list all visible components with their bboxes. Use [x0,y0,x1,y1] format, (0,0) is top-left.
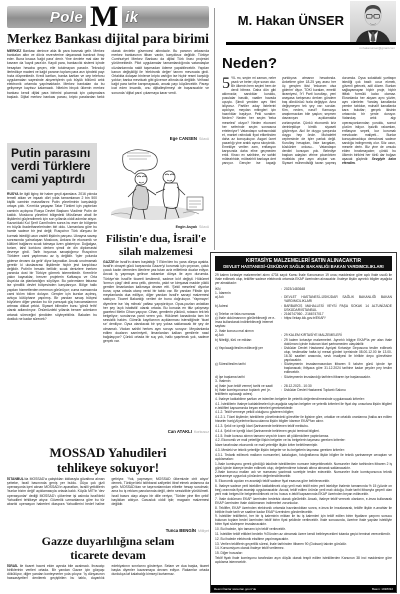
tender-row: b) Adresi : BARBAROS MAHALLESİ VEYSİ PAŞ… [215,304,392,312]
cartoon-credit-name: Engin Asyalı [176,225,197,229]
tender-row-label: b) Adresi [215,304,279,312]
tender-clause: 11. İstekliler teklif ettikleri bedelin … [215,532,392,536]
headline-mossad: MOSSAD Yahudileri tehlikeye sokuyor! [7,446,209,475]
tender-header: KIRTASİYE MALZEMELERİ SATIN ALINACAKTIR … [215,256,392,271]
author-rule [226,42,396,45]
tender-clause: 4.1.4. Şekli ve içeriği İdari Şartnamede… [215,429,392,433]
article-mossad: MOSSAD Yahudileri tehlikeye sokuyor! İST… [7,446,209,533]
tender-row-label: a) Adı [215,295,279,303]
tender-row-value [284,379,392,383]
article-merkez-text: Bankası denince akla ilk para basmak gel… [7,49,209,99]
tender-clause: 4.1.2. Teklif vermeye yetkili olduğunu g… [215,410,392,414]
tender-row-value: Sözleşmenin imzalandığı tarihten itibare… [284,375,392,379]
tender-clause: 4. İhaleye katılabilme şartları ve isten… [215,397,392,401]
tender-row: 3- İhalenin [215,379,392,383]
tender-row-value: 28.12.2023 - 10:30 [284,384,392,388]
article-neden-body: 5YIL mı, seçim mi zaman, neler yazık ve … [222,76,396,242]
tender-row: a) Adı : DEVLET HASTANESİ–ÜSKÜDAR SAĞLIK… [215,295,392,303]
tender-row-label: 1- İdarenin [215,291,279,295]
tender-rows: İKN : 2023/1483648 1- İdarenin a) Adı : … [215,287,392,396]
tender-row-label: a) Adı [215,333,279,337]
article-gazze-body: İSRAİL ile ticaret hacmi ekim ayında bil… [7,564,209,594]
tender-footer-bar: Resmi İlanlar www.ilan.gov.tr'de Basın: … [211,585,396,592]
tender-clause: 4.1. İsteklilerin ihaleye katılabilmeler… [215,402,392,410]
tender-subtitle: DEVLET HASTANESİ–ÜSKÜDAR SAĞLIK BAKANLIĞ… [217,264,390,269]
headline-putin-line3: cami yaptırdı [11,173,93,186]
column-divider [214,8,215,250]
tender-clause: 15. Diğer hususlar: [215,551,392,555]
byline-filistin-name: Can ATAKLI [168,429,192,434]
article-putin-text: ile ilgili ilginç bir haber geçti ajansl… [7,192,97,321]
cartoon-credit: Engin AsyalıSözcü [103,225,209,230]
author-contact: m.hakanunser@gmail.com [359,46,395,50]
tender-row-label: c) Yapılacağı/teslim edileceği yer [215,346,279,362]
tender-row-label: 3- İhalenin [215,379,279,383]
logo-text-m: M [90,3,118,31]
tender-row: d) İşe başlama tarihi : Sözleşmenin imza… [215,375,392,379]
headline-mossad-line1: MOSSAD Yahudileri [7,446,209,461]
putin-subcolumn: Putin parasını verdi Türklere cami yaptı… [7,143,97,443]
right-column: M. Hakan ÜNSER [222,0,396,242]
tender-clauses: 4. İhaleye katılabilme şartları ve isten… [215,397,392,564]
headline-filistin-line2: silah malzemesi [103,246,209,259]
tender-row: b) Niteliği, türü ve miktarı : 29 kalem … [215,338,392,346]
author-name: M. Hakan ÜNSER [238,13,344,28]
tender-clause: 12. Bu ihalede elektronik eksiltme yapıl… [215,537,392,541]
tender-row-value: DEVLET HASTANESİ–ÜSKÜDAR SAĞLIK BAKANLIĞ… [284,295,392,303]
author-zone: M. Hakan ÜNSER [222,0,396,48]
headline-gazze-line2: ticarete devam [7,549,209,563]
tender-row: ç) Süresi/teslim tarihi : Sözleşmenin im… [215,362,392,374]
tender-row-value: Üsküdar Devlet Hastanesi Ayniyat Kırtasi… [284,346,392,362]
tender-clause: İdare tarafından ekonomik ve mali yeterl… [215,443,392,447]
tender-clause: 10. Bu ihalede, işin tamamı için teklif … [215,527,392,531]
article-gazze-text: ile ticaret hacmi ekim ayında bile azalm… [7,564,209,580]
tender-clause: 4.1.2.1. Tüzel kişilerde; isteklilerin y… [215,415,392,423]
logo-segment-right: ik [122,9,209,26]
tender-row-label: ç) İhale dokümanının görülebileceği ve e… [215,316,279,328]
tender-row-label: a) İhale (son teklif verme) tarihi ve sa… [215,384,279,388]
tender-row-label: ç) Süresi/teslim tarihi [215,362,279,374]
tender-row-value: 29 KALEM KIRTASİYE MALZEMELERİ [284,333,392,337]
article-mossad-body: İSTANBUL'da MOSSAD'a çalıştıkları iddias… [7,477,209,527]
tender-row-label: İKN [215,287,279,291]
logo-segment-left: Pole [7,9,86,26]
polemik-logo: Pole M ik [7,6,209,28]
article-filistin-body: GAZZE'de İsrail'in dramı başlattığı 7 Ek… [103,260,209,428]
tender-row: İKN : 2023/1483648 [215,287,392,291]
filistin-subcolumn: Engin AsyalıSözcü Filistin'e dua, İsrail… [103,143,209,443]
tender-row: b) İhale komisyonunun toplantı yeri (e-t… [215,388,392,396]
headline-gazze: Gazze duyarlılığına selam ticarete devam [7,535,209,562]
tender-clause: 14. Konsorsiyum olarak ihaleye teklif ve… [215,546,392,550]
byline-merkez: Ege CANSENSözcü [7,136,209,141]
tender-row-label: b) Niteliği, türü ve miktarı [215,338,279,346]
headline-mossad-line2: tehlikeye sokuyor! [7,461,209,476]
tender-footer-right: Basın: 1938332 [372,587,393,591]
article-mossad-text: 'da MOSSAD'a çalıştıkları iddiasıyla göz… [7,477,209,506]
headline-putin: Putin parasını verdi Türklere cami yaptı… [7,143,97,190]
tender-row: a) İhale (son teklif verme) tarihi ve sa… [215,384,392,388]
article-neden-text: YIL mı, seçim mi zaman, neler yazık ve b… [222,76,396,165]
article-gazze: Gazze duyarlılığına selam ticarete devam… [7,535,209,594]
tender-clause: 6. İhaleye sadece yerli istekliler katıl… [215,484,392,496]
editorial-cartoon-image [103,143,209,225]
tender-intro: 29 kalem kırtasiye malzemeleri alımı 473… [215,273,392,285]
article-putin-body: RUSYA ile ilgili ilginç bir haber geçti … [7,192,97,436]
byline-merkez-name: Ege CANSEN [170,136,197,141]
article-merkez-body: MERKEZ Bankası denince akla ilk para bas… [7,49,209,135]
tender-clause: 9. İstekliler tekliflerini, her bir iş k… [215,514,392,526]
author-photo [350,1,396,42]
byline-filistin: Can ATAKLIKorkusuz [103,429,209,434]
tender-clause: 2-İhale konusu malları adı ve numarası y… [215,470,392,478]
headline-gazze-line1: Gazze duyarlılığına selam [7,535,209,549]
headline-merkez: Merkez Bankası dijital para birimi [7,32,209,46]
tender-row: ç) İhale dokümanının görülebileceği ve e… [215,316,392,328]
tender-row-value: 29 kalem kırtasiye malzemeleri. Ayrıntıl… [284,338,392,346]
byline-merkez-source: Sözcü [199,137,209,141]
tender-clause: 4.2. Ekonomik ve mali yeterliğe ilişkin … [215,438,392,442]
logo-m-cell: M [86,2,122,32]
headline-filistin: Filistin'e dua, İsrail'e silah malzemesi [103,233,209,258]
tender-clause: 4.3. Mesleki ve teknik yeterliğe ilişkin… [215,448,392,452]
left-middle-row: Putin parasını verdi Türklere cami yaptı… [7,143,209,443]
neden-dropcap: 5 [222,76,231,90]
tender-clause: 1-İhale komisyonu gerek gördüğü takdirde… [215,462,392,470]
tender-row-value: BARBAROS MAHALLESİ VEYSİ PAŞA SOKAK 14 A… [284,304,392,312]
headline-filistin-line1: Filistin'e dua, İsrail'e [103,233,209,246]
headline-neden: Neden? [222,55,396,72]
tender-row-label: 2- İhale konusu mal alımın [215,329,279,333]
tender-row: a) Adı : 29 KALEM KIRTASİYE MALZEMELERİ [215,333,392,337]
logo-text-ik: ik [125,9,138,26]
tender-row-value: Üsküdar Devlet Hastanesi Toplantı Salonu [284,388,392,396]
byline-filistin-source: Korkusuz [194,430,209,434]
tender-footer-left: Resmi İlanlar www.ilan.gov.tr'de [214,587,256,591]
tender-row-label: b) İhale komisyonunun toplantı yeri (e-t… [215,388,279,396]
tender-clause: Teklif fiyatı ihale komisyonu tarafından… [215,556,392,564]
byline-mossad-source: Milliyet [198,529,209,533]
tender-row-value: 2166747060 - 2166747017 [284,312,392,316]
tender-clause: 4.1.5. İhale konusu alımın tamamı veya b… [215,434,392,438]
byline-mossad: Tunca BENGİNMilliyet [7,528,209,533]
article-filistin-text: 'de İsrail'in dramı başlattığı 7 Ekim'de… [103,260,209,343]
tender-clause: 13. Verilen tekliflerin geçerlilik süres… [215,542,392,546]
tender-row-value: https://ekap.kik.gov.tr/EKAP/ [284,316,392,328]
tender-clause: 4.3.1. Tedarik edilecek malların numunel… [215,453,392,461]
cartoon-credit-source: Sözcü [199,225,209,229]
tender-announcement-box: KIRTASİYE MALZEMELERİ SATIN ALINACAKTIR … [210,252,397,593]
tender-clause: 5. Ekonomik açıdan en avantajlı teklif s… [215,479,392,483]
tender-row-value: Sözleşmenin imzalanmasından itibaren 5 t… [284,362,392,374]
logo-text-pole: Pole [50,9,83,26]
tender-clause: 7. İhale dokümanı EKAP üzerinden bedelsi… [215,497,392,505]
tender-clause: 8. Teklifler, EKAP üzerinden elektronik … [215,506,392,514]
tender-row-value: 2023/1483648 [284,287,392,291]
left-column: Pole M ik Merkez Bankası dijital para bi… [7,6,209,594]
byline-mossad-name: Tunca BENGİN [166,528,196,533]
tender-clause: 4.1.3. Şekli ve içeriği İdari Şartnamede… [215,424,392,428]
tender-row: c) Yapılacağı/teslim edileceği yer : Üsk… [215,346,392,362]
